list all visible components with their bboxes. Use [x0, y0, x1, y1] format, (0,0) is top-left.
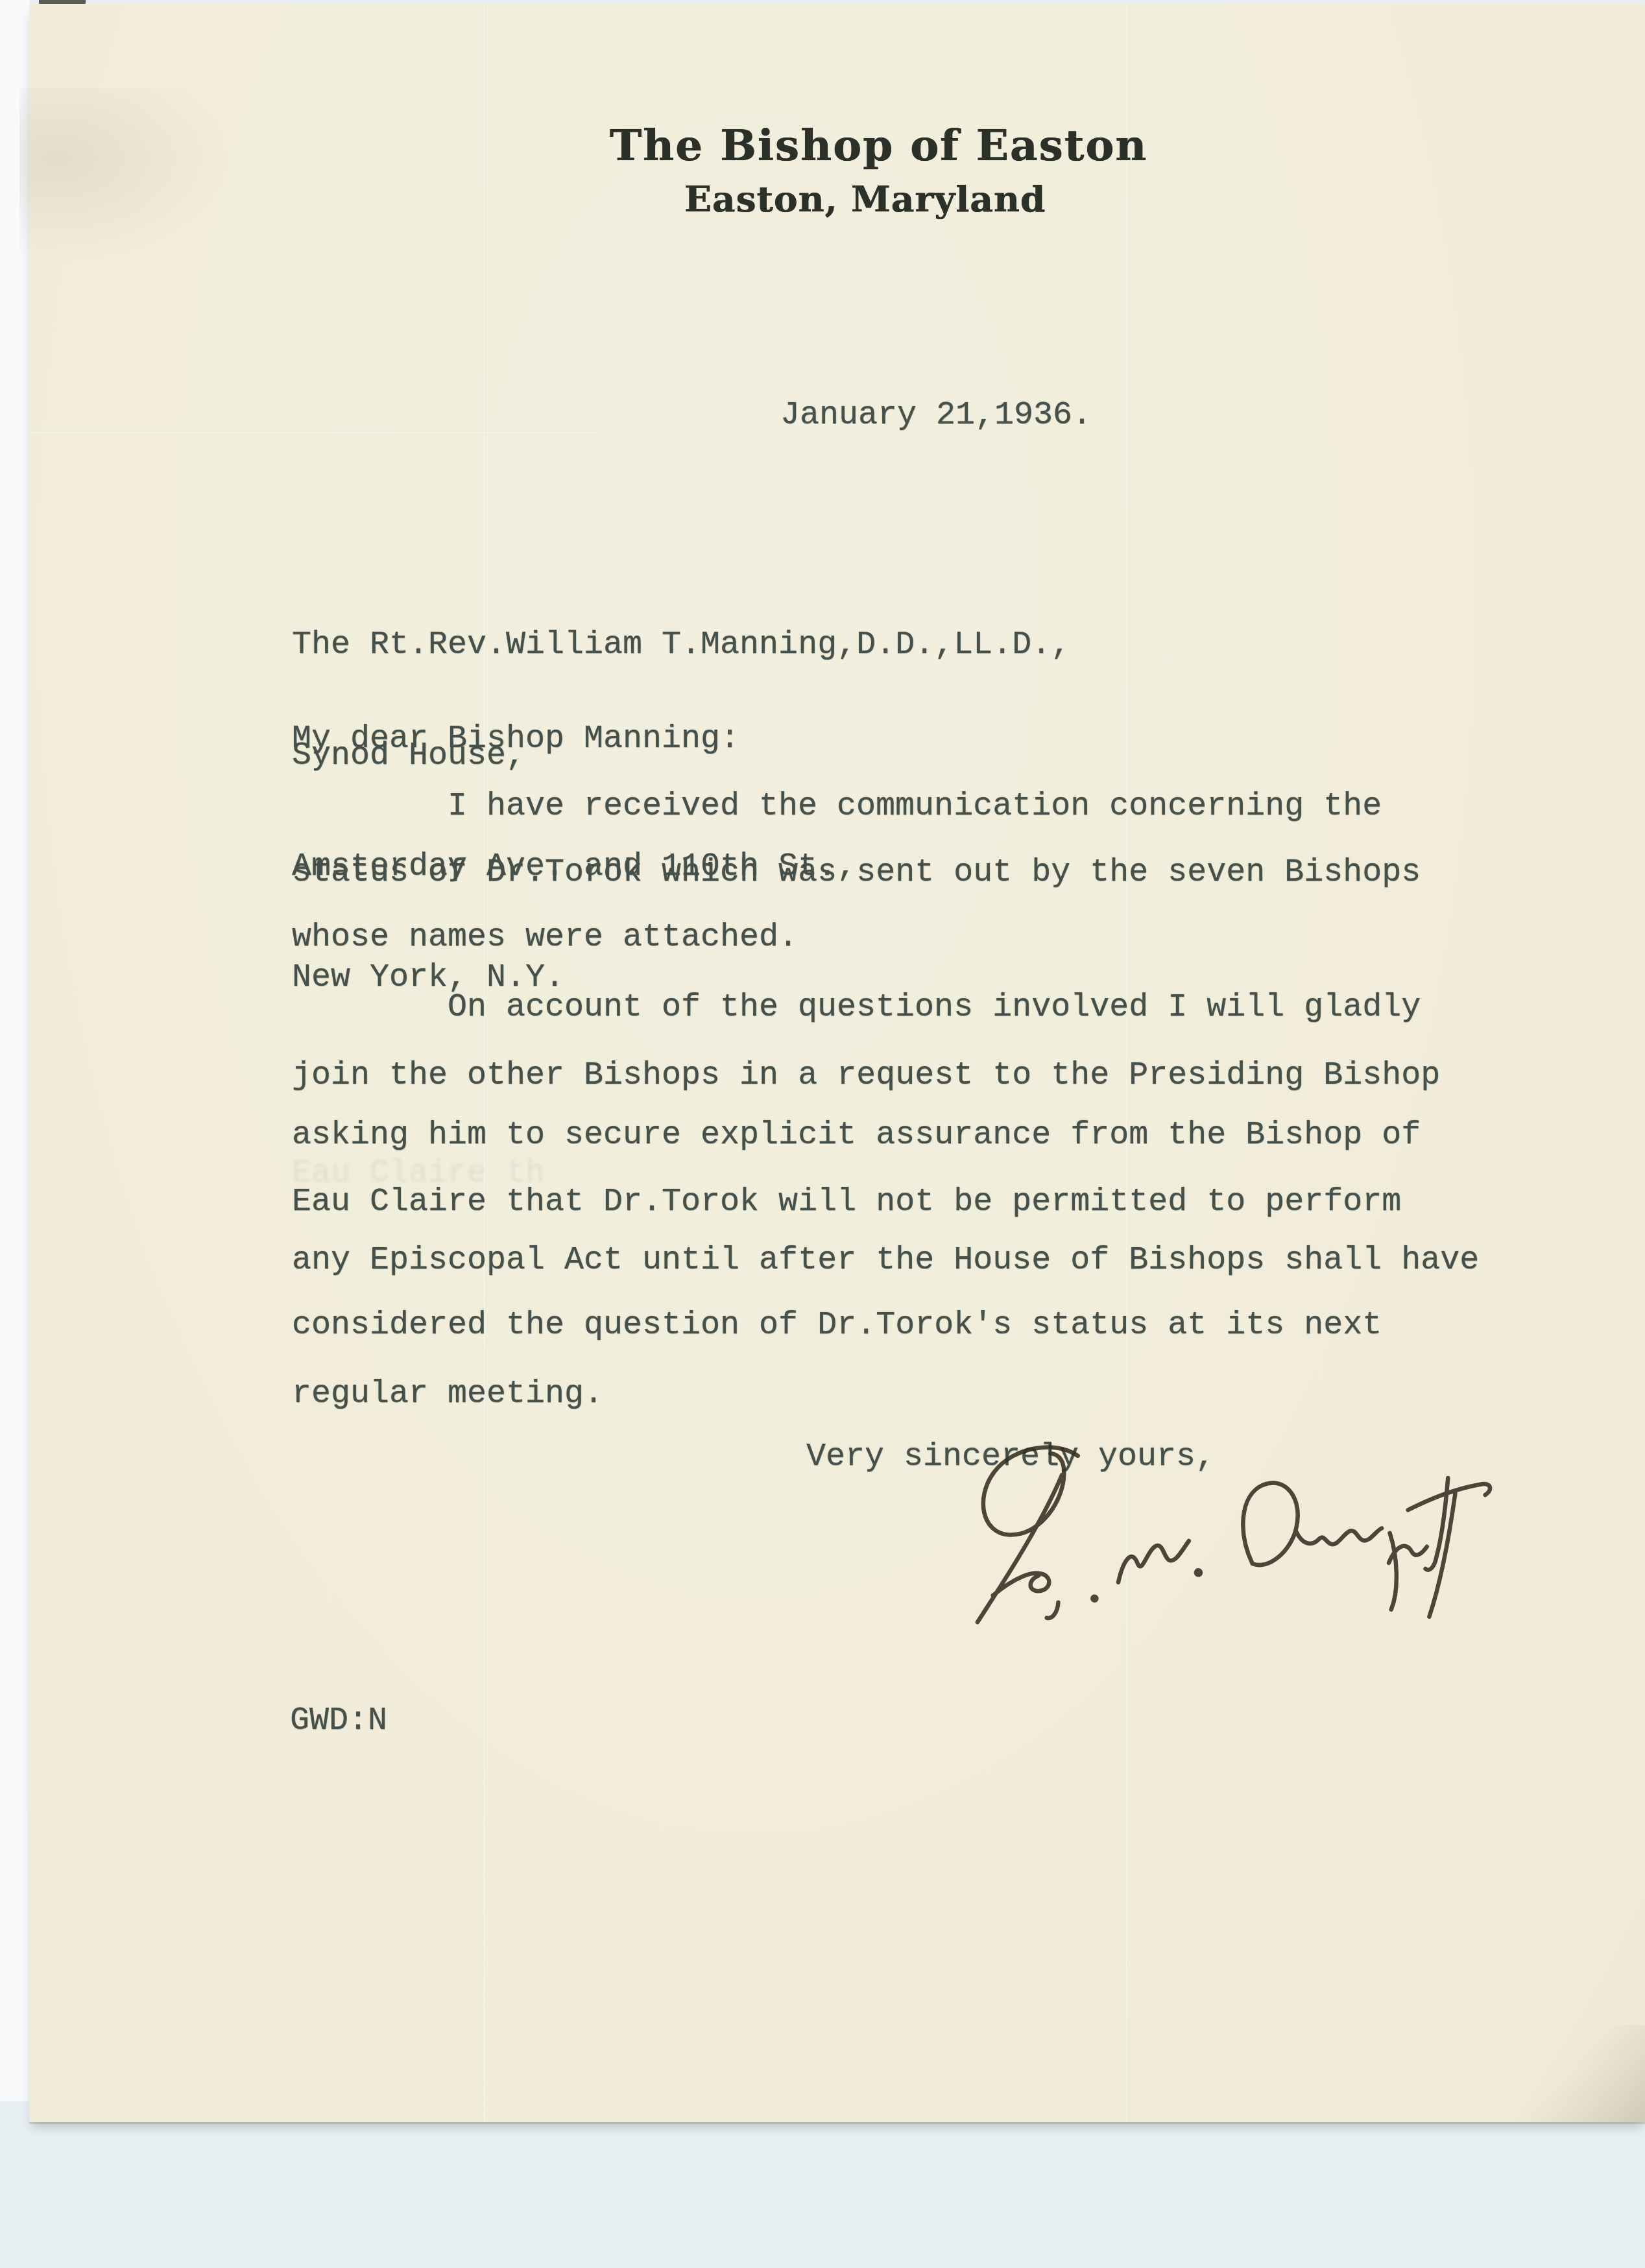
- letterhead-location: Easton, Maryland: [29, 178, 1645, 220]
- scanned-letter-page: { "letterhead": { "title": "The Bishop o…: [0, 0, 1645, 2268]
- handwritten-signature: [922, 1412, 1504, 1649]
- letterhead-title: The Bishop of Easton: [29, 120, 1645, 171]
- body-line: I have received the communication concer…: [448, 788, 1382, 825]
- body-line: whose names were attached.: [292, 919, 798, 956]
- body-line: On account of the questions involved I w…: [448, 989, 1421, 1026]
- fold-crease-horizontal: [29, 431, 600, 433]
- body-line: join the other Bishops in a request to t…: [292, 1057, 1440, 1094]
- corner-fold-shading: [19, 88, 234, 263]
- salutation: My dear Bishop Manning:: [292, 721, 739, 758]
- date-line: January 21,1936.: [780, 397, 1092, 434]
- bottom-corner-curl: [1463, 2025, 1645, 2122]
- body-line: any Episcopal Act until after the House …: [292, 1242, 1479, 1279]
- scanner-edge-strip: [0, 0, 30, 2101]
- reference-initials: GWD:N: [290, 1702, 387, 1739]
- body-line: asking him to secure explicit assurance …: [292, 1117, 1421, 1154]
- body-line: regular meeting.: [292, 1376, 603, 1413]
- signature-stroke-davenport: [1241, 1472, 1496, 1626]
- letter-paper: The Bishop of Easton Easton, Maryland Ja…: [29, 4, 1645, 2122]
- body-line: status of Dr.Torok which was sent out by…: [292, 854, 1421, 891]
- signature-stroke-w: [1090, 1540, 1202, 1601]
- signature-stroke-geo: [968, 1446, 1087, 1622]
- body-line: considered the question of Dr.Torok's st…: [292, 1307, 1382, 1344]
- recipient-line: The Rt.Rev.William T.Manning,D.D.,LL.D.,: [292, 627, 1070, 663]
- body-line: Eau Claire that Dr.Torok will not be per…: [292, 1184, 1401, 1221]
